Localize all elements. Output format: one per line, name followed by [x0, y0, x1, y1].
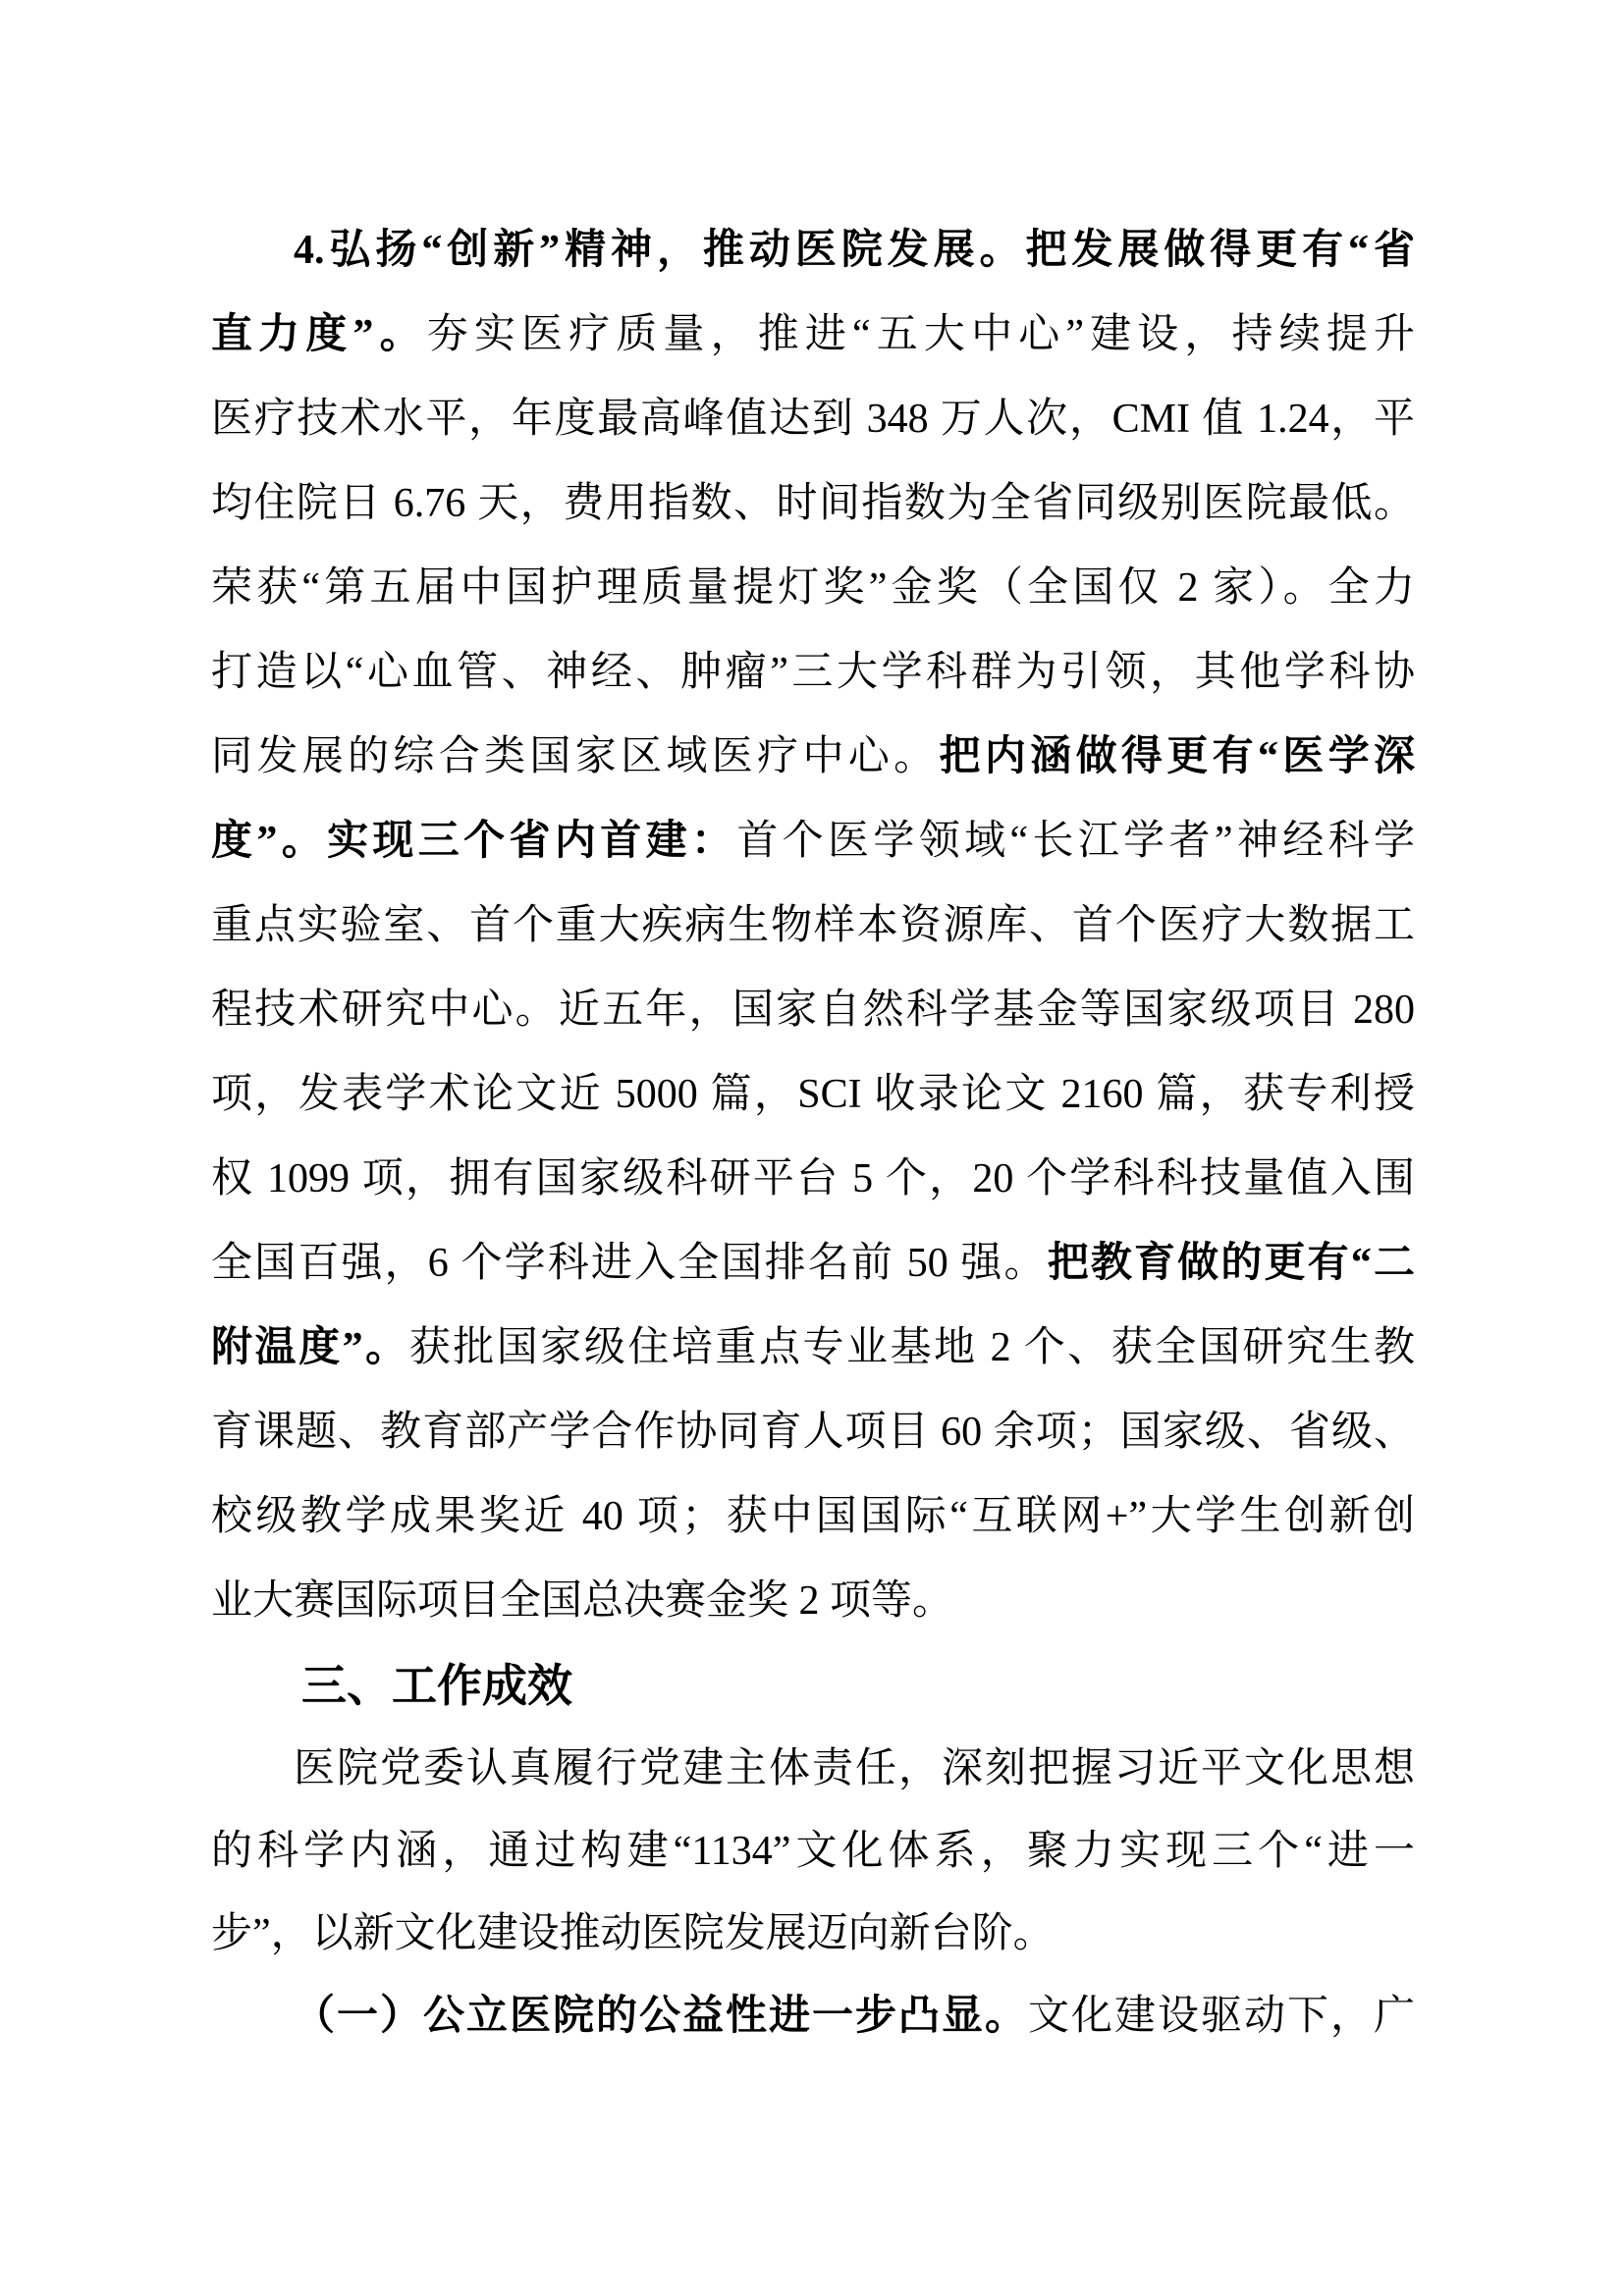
- body-text: 重点实验室、首个重大疾病生物样本资源库、首个医疗大数据工: [211, 903, 1415, 948]
- body-text: 打造以“心血管、神经、肿瘤”三大学科群为引领，其他学科协: [211, 650, 1415, 695]
- body-text: 业大赛国际项目全国总决赛金奖 2 项等。: [211, 1578, 953, 1624]
- body-text: 荣获“第五届中国护理质量提灯奖”金奖（全国仅 2 家）。全力: [211, 565, 1415, 611]
- body-text: 文化建设驱动下，广: [1028, 1994, 1415, 2039]
- body-text: 首个医学领域“长江学者”神经科学: [736, 819, 1415, 864]
- text-line: 育课题、教育部产学合作协同育人项目 60 余项；国家级、省级、: [211, 1390, 1415, 1474]
- text-line: 均住院日 6.76 天，费用指数、时间指数为全省同级别医院最低。: [211, 461, 1415, 546]
- text-line: 权 1099 项，拥有国家级科研平台 5 个，20 个学科科技量值入围: [211, 1137, 1415, 1221]
- text-line: 校级教学成果奖近 40 项；获中国国际“互联网+”大学生创新创: [211, 1474, 1415, 1559]
- paragraph-public-welfare: （一）公立医院的公益性进一步凸显。文化建设驱动下，广: [211, 1975, 1415, 2057]
- text-line: 项，发表学术论文近 5000 篇，SCI 收录论文 2160 篇，获专利授: [211, 1052, 1415, 1137]
- body-text: 项，发表学术论文近 5000 篇，SCI 收录论文 2160 篇，获专利授: [211, 1072, 1415, 1117]
- body-text: 夯实医疗质量，推进“五大中心”建设，持续提升: [427, 312, 1415, 357]
- text-line: 的科学内涵，通过构建“1134”文化体系，聚力实现三个“进一: [211, 1810, 1415, 1893]
- text-line: 重点实验室、首个重大疾病生物样本资源库、首个医疗大数据工: [211, 883, 1415, 968]
- text-line: 同发展的综合类国家区域医疗中心。把内涵做得更有“医学深: [211, 715, 1415, 799]
- text-line: 直力度”。夯实医疗质量，推进“五大中心”建设，持续提升: [211, 293, 1415, 377]
- text-line: 步”，以新文化建设推动医院发展迈向新台阶。: [211, 1893, 1415, 1975]
- document-page: 4.弘扬“创新”精神，推动医院发展。把发展做得更有“省直力度”。夯实医疗质量，推…: [0, 0, 1624, 2296]
- text-line: 程技术研究中心。近五年，国家自然科学基金等国家级项目 280: [211, 968, 1415, 1052]
- text-line: 医院党委认真履行党建主体责任，深刻把握习近平文化思想: [211, 1728, 1415, 1810]
- body-text: 医疗技术水平，年度最高峰值达到 348 万人次，CMI 值 1.24，平: [211, 397, 1415, 442]
- body-text: 育课题、教育部产学合作协同育人项目 60 余项；国家级、省级、: [211, 1410, 1415, 1455]
- emphasis-text: 把内涵做得更有“医学深: [940, 734, 1415, 779]
- text-line: 度”。实现三个省内首建：首个医学领域“长江学者”神经科学: [211, 799, 1415, 883]
- body-text: 医院党委认真履行党建主体责任，深刻把握习近平文化思想: [294, 1746, 1415, 1791]
- emphasis-text: （一）公立医院的公益性进一步凸显。: [294, 1994, 1028, 2039]
- body-text: 步”，以新文化建设推动医院发展迈向新台阶。: [211, 1911, 1055, 1956]
- text-line: 全国百强，6 个学科进入全国排名前 50 强。把教育做的更有“二: [211, 1221, 1415, 1306]
- emphasis-text: 把教育做的更有“二: [1048, 1241, 1415, 1286]
- text-line: 医疗技术水平，年度最高峰值达到 348 万人次，CMI 值 1.24，平: [211, 377, 1415, 461]
- text-line: 4.弘扬“创新”精神，推动医院发展。把发展做得更有“省: [211, 208, 1415, 293]
- body-text: 的科学内涵，通过构建“1134”文化体系，聚力实现三个“进一: [211, 1829, 1415, 1874]
- body-text: 均住院日 6.76 天，费用指数、时间指数为全省同级别医院最低。: [211, 481, 1415, 526]
- emphasis-text: 附温度”。: [211, 1325, 409, 1370]
- body-text: 程技术研究中心。近五年，国家自然科学基金等国家级项目 280: [211, 988, 1415, 1033]
- text-line: （一）公立医院的公益性进一步凸显。文化建设驱动下，广: [211, 1975, 1415, 2057]
- section-heading-work-results: 三、工作成效: [211, 1643, 1415, 1728]
- body-text: 权 1099 项，拥有国家级科研平台 5 个，20 个学科科技量值入围: [211, 1156, 1415, 1201]
- paragraph-hospital-development: 4.弘扬“创新”精神，推动医院发展。把发展做得更有“省直力度”。夯实医疗质量，推…: [211, 208, 1415, 1643]
- emphasis-text: 直力度”。: [211, 312, 427, 357]
- text-line: 附温度”。获批国家级住培重点专业基地 2 个、获全国研究生教: [211, 1306, 1415, 1390]
- body-text: 校级教学成果奖近 40 项；获中国国际“互联网+”大学生创新创: [211, 1494, 1415, 1539]
- body-text: 同发展的综合类国家区域医疗中心。: [211, 734, 940, 779]
- body-text: 获批国家级住培重点专业基地 2 个、获全国研究生教: [409, 1325, 1415, 1370]
- paragraph-culture-system: 医院党委认真履行党建主体责任，深刻把握习近平文化思想的科学内涵，通过构建“113…: [211, 1728, 1415, 1975]
- emphasis-text: 4.弘扬“创新”精神，推动医院发展。把发展做得更有“省: [294, 228, 1415, 273]
- body-text: 全国百强，6 个学科进入全国排名前 50 强。: [211, 1241, 1048, 1286]
- text-line: 打造以“心血管、神经、肿瘤”三大学科群为引领，其他学科协: [211, 630, 1415, 715]
- text-line: 业大赛国际项目全国总决赛金奖 2 项等。: [211, 1559, 1415, 1643]
- emphasis-text: 度”。实现三个省内首建：: [211, 819, 736, 864]
- text-line: 荣获“第五届中国护理质量提灯奖”金奖（全国仅 2 家）。全力: [211, 546, 1415, 630]
